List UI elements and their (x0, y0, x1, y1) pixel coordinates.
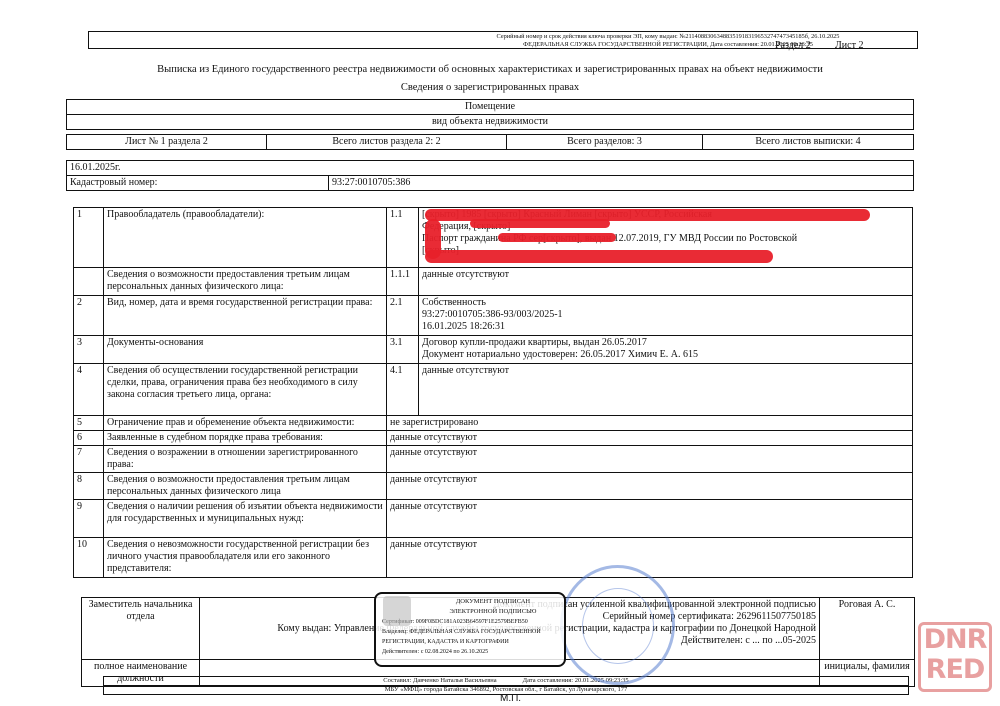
sig-box-owner1: Владелец: ФЕДЕРАЛЬНАЯ СЛУЖБА ГОСУДАРСТВЕ… (382, 627, 560, 637)
row-label: Заявленные в судебном порядке права треб… (104, 431, 387, 446)
watermark-line1: DNR (921, 625, 989, 655)
redaction-mark (425, 250, 773, 263)
row-value-line: 16.01.2025 18:26:31 (422, 321, 909, 333)
object-type-table: Помещение вид объекта недвижимости (66, 99, 914, 130)
table-row: 7Сведения о возражении в отношении зарег… (74, 446, 913, 473)
document-subtitle: Сведения о зарегистрированных правах (60, 82, 920, 93)
redaction-mark (498, 233, 616, 242)
row-value-line: 93:27:0010705:386-93/003/2025-1 (422, 309, 909, 321)
sheets-table: Лист № 1 раздела 2 Всего листов раздела … (66, 134, 914, 150)
compiled-by: Составил: Давченко Наталья Васильевна (383, 677, 496, 684)
row-label: Правообладатель (правообладатели): (104, 208, 387, 268)
sig-box-line2: ЭЛЕКТРОННОЙ ПОДПИСЬЮ (426, 607, 560, 617)
row-value-line: данные отсутствуют (390, 539, 909, 551)
row-code: 3.1 (387, 336, 419, 364)
table-row: 8Сведения о возможности предоставления т… (74, 473, 913, 500)
round-stamp-inner (582, 588, 654, 664)
row-value: данные отсутствуют (387, 431, 913, 446)
row-label: Сведения о невозможности государственной… (104, 538, 387, 578)
row-value-line: данные отсутствуют (390, 432, 909, 444)
row-code: 1.1 (387, 208, 419, 268)
cadastral-label: Кадастровый номер: (67, 176, 329, 191)
cadastral-table: 16.01.2025г. Кадастровый номер: 93:27:00… (66, 160, 914, 191)
table-row: 4Сведения об осуществлении государственн… (74, 364, 913, 416)
row-number (74, 268, 104, 296)
row-value-line: данные отсутствуют (390, 474, 909, 486)
section-label: Раздел 2 (775, 40, 811, 51)
row-label: Документы-основания (104, 336, 387, 364)
eagle-emblem-icon (383, 596, 411, 626)
row-value: данные отсутствуют (387, 446, 913, 473)
row-label: Сведения о возможности предоставления тр… (104, 473, 387, 500)
row-number: 1 (74, 208, 104, 268)
row-code: 4.1 (387, 364, 419, 416)
row-value: данные отсутствуют (387, 500, 913, 538)
sig-box-valid: Действителен: с 02.08.2024 по 26.10.2025 (382, 647, 560, 657)
table-row: Сведения о возможности предоставления тр… (74, 268, 913, 296)
row-value: данные отсутствуют (419, 364, 913, 416)
row-value-line: не зарегистрировано (390, 417, 909, 429)
sig-box-line1: ДОКУМЕНТ ПОДПИСАН (426, 597, 560, 607)
table-row: 2Вид, номер, дата и время государственно… (74, 296, 913, 336)
row-number: 10 (74, 538, 104, 578)
row-value: данные отсутствуют (419, 268, 913, 296)
total-sections: Всего разделов: 3 (507, 135, 703, 150)
seal-place: М.П. (500, 693, 521, 704)
row-label: Сведения о возможности предоставления тр… (104, 268, 387, 296)
row-label: Сведения о возражении в отношении зареги… (104, 446, 387, 473)
row-label: Ограничение прав и обременение объекта н… (104, 416, 387, 431)
row-value: данные отсутствуют (387, 538, 913, 578)
row-number: 3 (74, 336, 104, 364)
row-value-line: Собственность (422, 297, 909, 309)
row-number: 2 (74, 296, 104, 336)
row-label: Вид, номер, дата и время государственной… (104, 296, 387, 336)
cadastral-number: 93:27:0010705:386 (329, 176, 914, 191)
sheet-label: Лист 2 (835, 40, 863, 51)
extract-date: 16.01.2025г. (67, 161, 914, 176)
row-value-line: данные отсутствуют (390, 501, 909, 513)
redaction-mark (470, 219, 610, 228)
document-title: Выписка из Единого государственного реес… (60, 64, 920, 75)
table-row: 9Сведения о наличии решения об изъятии о… (74, 500, 913, 538)
dnr-red-watermark-logo: DNR RED (918, 622, 992, 692)
signer-name: Роговая А. С. (820, 598, 915, 660)
row-value: не зарегистрировано (387, 416, 913, 431)
row-number: 8 (74, 473, 104, 500)
total-section-sheets: Всего листов раздела 2: 2 (267, 135, 507, 150)
row-code: 1.1.1 (387, 268, 419, 296)
table-row: 6Заявленные в судебном порядке права тре… (74, 431, 913, 446)
row-number: 5 (74, 416, 104, 431)
row-value-line: данные отсутствуют (390, 447, 909, 459)
row-value-line: Договор купли-продажи квартиры, выдан 26… (422, 337, 909, 349)
object-type-label: вид объекта недвижимости (67, 115, 914, 130)
row-label: Сведения об осуществлении государственно… (104, 364, 387, 416)
row-number: 9 (74, 500, 104, 538)
row-value: Договор купли-продажи квартиры, выдан 26… (419, 336, 913, 364)
watermark-line2: RED (921, 655, 989, 685)
sig-box-owner2: РЕГИСТРАЦИИ, КАДАСТРА И КАРТОГРАФИИ (382, 637, 560, 647)
row-value: данные отсутствуют (387, 473, 913, 500)
row-value-line: данные отсутствуют (422, 269, 909, 281)
row-value-line: данные отсутствуют (422, 365, 909, 377)
signer-position: Заместитель начальника отдела (82, 598, 200, 660)
row-value-line: Паспорт гражданина РФ сер[скрыто], выдан… (422, 233, 909, 245)
row-value: Собственность93:27:0010705:386-93/003/20… (419, 296, 913, 336)
table-row: 3Документы-основания3.1Договор купли-про… (74, 336, 913, 364)
row-value-line: Документ нотариально удостоверен: 26.05.… (422, 349, 909, 361)
sheet-number: Лист № 1 раздела 2 (67, 135, 267, 150)
object-type-value: Помещение (67, 100, 914, 115)
row-number: 7 (74, 446, 104, 473)
row-number: 4 (74, 364, 104, 416)
row-number: 6 (74, 431, 104, 446)
table-row: 5Ограничение прав и обременение объекта … (74, 416, 913, 431)
row-code: 2.1 (387, 296, 419, 336)
table-row: 10Сведения о невозможности государственн… (74, 538, 913, 578)
total-sheets: Всего листов выписки: 4 (703, 135, 914, 150)
row-label: Сведения о наличии решения об изъятии об… (104, 500, 387, 538)
